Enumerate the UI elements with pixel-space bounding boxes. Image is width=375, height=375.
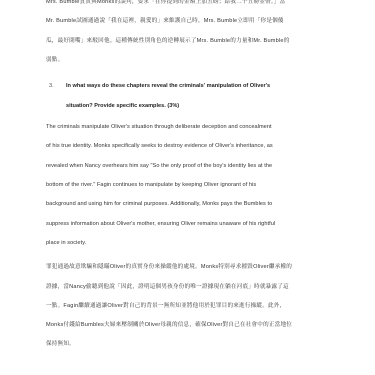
text-line: place in society. — [46, 234, 346, 253]
question-3: 3. In what ways do these chapters reveal… — [46, 77, 346, 116]
question-line: situation? Provide specific examples. (3… — [66, 97, 346, 117]
answer-chinese: 罪犯通過故意欺騙和隱瞞Oliver的真實身份來操縱他的處境。Monks特別尋求摧… — [46, 258, 346, 354]
text-line: The criminals manipulate Oliver's situat… — [46, 118, 346, 137]
text-line: background and using him for criminal pu… — [46, 195, 346, 214]
answer-english: The criminals manipulate Oliver's situat… — [46, 118, 346, 253]
text-line: suppress information about Oliver's moth… — [46, 215, 346, 234]
text-line: 瓜，最好閉嘴」來駁回他。這種傳統性別角色的逆轉展示了Mrs. Bumble的力量… — [46, 32, 346, 51]
intro-paragraph: Mrs. Bumble質實與Monks的談判，要求「在你提到的金額上加五磅；給我… — [46, 0, 346, 70]
document-body: Mrs. Bumble質實與Monks的談判，要求「在你提到的金額上加五磅；給我… — [46, 0, 346, 355]
text-line: 一點。Fagin繼續通過讓Oliver對自己的背景一無所知並將他用於犯罪目的來進… — [46, 297, 346, 316]
question-number: 3. — [49, 77, 54, 97]
text-line: of his true identity. Monks specifically… — [46, 137, 346, 156]
text-line: Mr. Bumble試圖通過說「我在這裡，親愛的」來維護自己時，Mrs. Bum… — [46, 12, 346, 31]
text-line: 證據，當Nancy偷聽到他說「因此，證明這個男孩身份的唯一證據現在躺在河底」時就… — [46, 278, 346, 297]
text-line: revealed when Nancy overhears him say "S… — [46, 157, 346, 176]
text-line: bottom of the river." Fagin continues to… — [46, 176, 346, 195]
text-line: 罪犯通過故意欺騙和隱瞞Oliver的真實身份來操縱他的處境。Monks特別尋求摧… — [46, 258, 346, 277]
text-line: 保持無知。 — [46, 335, 346, 354]
question-line: In what ways do these chapters reveal th… — [66, 77, 346, 97]
text-line: Monks付錢給Bumbles夫婦來壓制關於Oliver母親的信息，確保Oliv… — [46, 316, 346, 335]
text-line: Mrs. Bumble質實與Monks的談判，要求「在你提到的金額上加五磅；給我… — [46, 0, 346, 12]
text-line: 弱點。 — [46, 51, 346, 70]
